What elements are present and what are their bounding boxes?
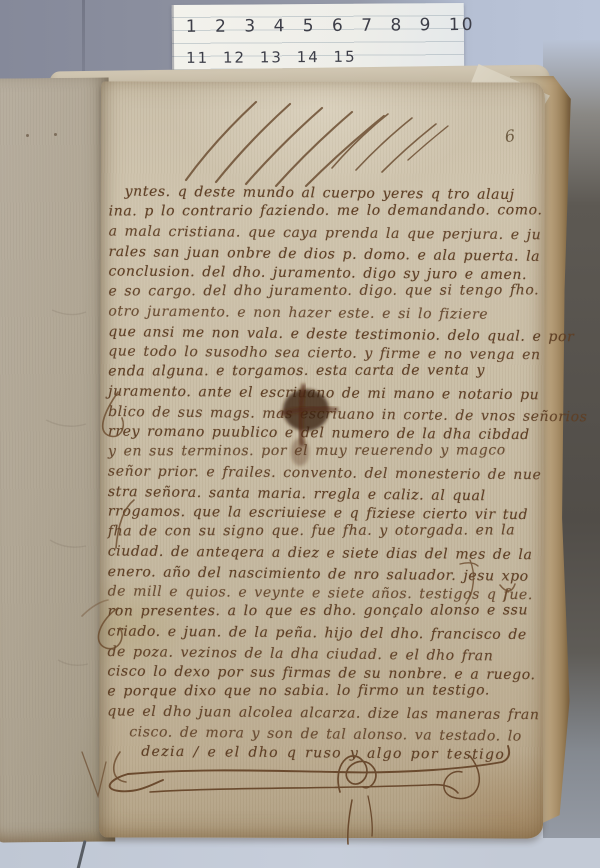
manuscript-line: e porque dixo que no sabia. lo firmo un …	[107, 680, 531, 701]
manuscript-line: ciudad. de anteqera a diez e siete dias …	[108, 541, 532, 565]
left-page-verso	[0, 77, 115, 842]
manuscript-line: ina. p lo contrario faziendo. me lo dema…	[109, 200, 533, 221]
manuscript-line: otro juramento. e non hazer este. e si l…	[108, 301, 532, 325]
manuscript-line: criado. e juan. de la peña. hijo del dho…	[107, 621, 531, 645]
manuscript-line: fha de con su signo que. fue fha. y otor…	[108, 520, 532, 541]
table-surface-bottom	[0, 838, 600, 868]
manuscript-text: yntes. q deste mundo al cuerpo yeres q t…	[107, 181, 533, 762]
manuscript-line: e so cargo. del dho juramento. digo. que…	[108, 280, 532, 301]
manuscript-line: dezia / e el dho q ruso y algo por testi…	[107, 741, 531, 765]
sewing-hole	[54, 133, 57, 136]
manuscript-line: señor prior. e frailes. convento. del mo…	[108, 461, 532, 485]
manuscript-page: 6 yntes. q deste mundo al cuerpo yeres q…	[99, 81, 545, 838]
ruler-numbers-row2: 11 12 13 14 15	[186, 47, 456, 67]
manuscript-line: que el dho juan alcolea alcarza. dize la…	[107, 701, 531, 725]
manuscript-line: y en sus terminos. por el muy reuerendo …	[108, 440, 532, 461]
manuscript-line: ron presentes. a lo que es dho. gonçalo …	[108, 600, 532, 621]
ruler-numbers-row1: 1 2 3 4 5 6 7 8 9 10	[186, 15, 456, 37]
manuscript-photo: 1 2 3 4 5 6 7 8 9 10 11 12 13 14 15 6 yn…	[0, 0, 600, 868]
folio-number: 6	[503, 126, 516, 146]
manuscript-line: a mala cristiana. que caya prenda la que…	[109, 221, 533, 245]
manuscript-line: enda alguna. e torgamos. esta carta de v…	[108, 360, 532, 381]
manuscript-line: juramento. ante el escriuano de mi mano …	[108, 381, 532, 405]
sewing-hole	[26, 134, 29, 137]
